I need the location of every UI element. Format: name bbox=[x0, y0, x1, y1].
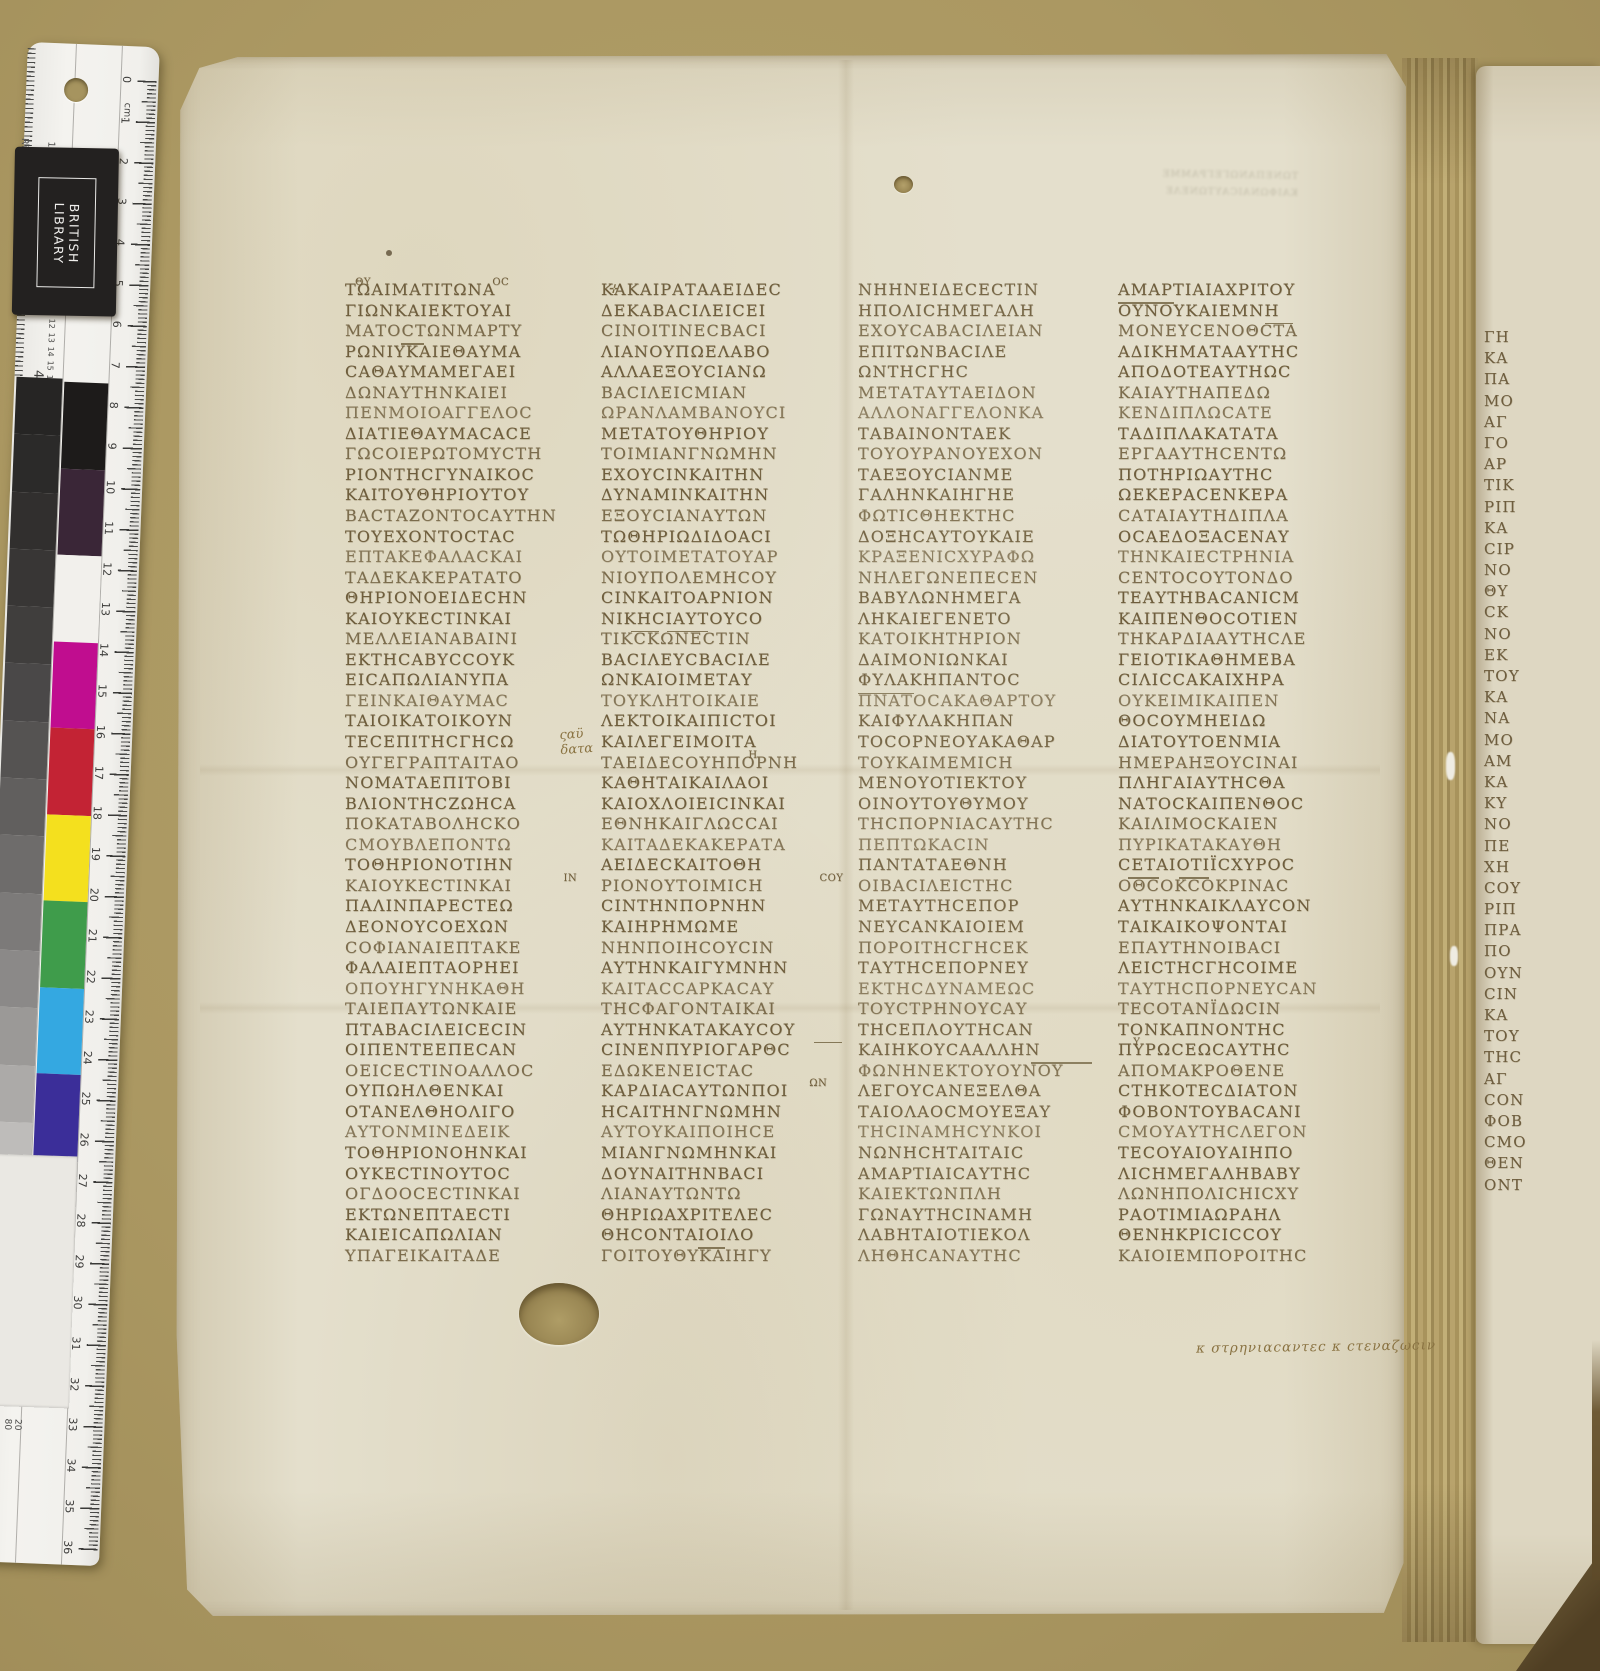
manuscript-text-line: ΛΑΒΗΤΑΙΟΤΙΕΚΟΛ bbox=[858, 1225, 1112, 1246]
ruler-left-number-small: 12 bbox=[47, 318, 56, 329]
color-patch-cyan bbox=[37, 987, 84, 1075]
ruler-cm-number: 24 bbox=[80, 1050, 94, 1067]
grayscale-step bbox=[0, 835, 44, 894]
ruler-cm-number: 16 bbox=[94, 724, 108, 741]
ruler-bottom-marks: 20 80 bbox=[2, 1418, 22, 1430]
color-patch-magenta bbox=[51, 641, 98, 729]
ruler-left-number-small: 15 bbox=[45, 360, 54, 371]
next-page-text-fragment: ΝΟ bbox=[1484, 624, 1600, 645]
next-page-text-fragment: ΘΥ bbox=[1484, 581, 1600, 602]
next-page-text-fragment: ΚΥ bbox=[1484, 793, 1600, 814]
ruler-cm-number: 35 bbox=[62, 1498, 76, 1515]
next-page-text-fragment: ΑΡ bbox=[1484, 454, 1600, 475]
manuscript-text-line: ΩΕΚΕΡΑCΕΝΚΕΡΑ bbox=[1118, 485, 1372, 506]
grayscale-step bbox=[0, 720, 48, 779]
manuscript-text-line: CΕΝΤΟCΟΥΤΟΝΔΟ bbox=[1118, 568, 1372, 589]
manuscript-text-line: ΔΕΚΑΒΑCΙΛΕΙCΕΙ bbox=[601, 301, 855, 322]
ruler-cm-number: 20 bbox=[87, 887, 101, 904]
next-page-text-fragment: ΕΚ bbox=[1484, 645, 1600, 666]
manuscript-text-line: ΜΕΝΟΥΟΤΙΕΚΤΟΥ bbox=[858, 773, 1112, 794]
manuscript-text-line: ΘΟCΟΥΜΗΕΙΔΩ bbox=[1118, 711, 1372, 732]
manuscript-text-line: ΤΟΘΗΡΙΟΝΟΗΝΚΑΙ bbox=[345, 1143, 599, 1164]
manuscript-text-line: ΑΥΤΗΝΚΑΙΚΛΑΥCΟΝ bbox=[1118, 896, 1372, 917]
manuscript-text-line: ΘΕΝΗΚΡΙCΙCCΟΥ bbox=[1118, 1225, 1372, 1246]
ruler-cm-number: 23 bbox=[82, 1009, 96, 1026]
next-page-text-fragment: ΤΙΚ bbox=[1484, 475, 1600, 496]
ruler-cm-number: 14 bbox=[97, 642, 111, 659]
next-page-text-fragment: ΟΥΝ bbox=[1484, 963, 1600, 984]
manuscript-text-line: ΤΟΥCΤΡΗΝΟΥCΑΥ bbox=[858, 999, 1112, 1020]
manuscript-text-line: ΛΙΑΝΟΥΠΩΕΛΑΒΟ bbox=[601, 342, 855, 363]
manuscript-text-line: ΓΕΙΟΤΙΚΑΘΗΜΕΒΑ bbox=[1118, 650, 1372, 671]
manuscript-text-line: ΠΥΡΩCΕΩCΑΥΤΗC bbox=[1118, 1040, 1372, 1061]
manuscript-text-line: ΝΗΛΕΓΩΝΕΠΕCΕΝ bbox=[858, 568, 1112, 589]
next-page-text-fragment: CΟΥ bbox=[1484, 878, 1600, 899]
nomen-sacrum-overline bbox=[1118, 302, 1174, 304]
corrector-superscript: ΩΝ bbox=[809, 1074, 827, 1095]
manuscript-text-line: ΠΤΑΒΑCΙΛΕΙCΕCΙΝ bbox=[345, 1020, 599, 1041]
manuscript-text-line: ΜΕΛΛΕΙΑΝΑΒΑΙΝΙ bbox=[345, 629, 599, 650]
manuscript-text-line: ΗΜΕΡΑΗΞΟΥCΙΝΑΙ bbox=[1118, 753, 1372, 774]
manuscript-text-line: ΤΑΙΟΛΑΟCΜΟΥΕΞΑΥ bbox=[858, 1102, 1112, 1123]
color-patch-black bbox=[61, 382, 108, 470]
manuscript-text-line: ΓΩΝΑΥΤΗCΙΝΑΜΗ bbox=[858, 1205, 1112, 1226]
manuscript-text-line: ΑΜΑΡΤΙΑΙΑΧΡΙΤΟΥ bbox=[1118, 280, 1372, 301]
manuscript-text-line: ΒΑCΙΛΕΥCΒΑCΙΛΕ bbox=[601, 650, 855, 671]
manuscript-text-line: ΠΟΡΟΙΤΗCΓΗCΕΚ bbox=[858, 938, 1112, 959]
corrector-superscript: Η bbox=[748, 746, 757, 767]
next-page-text-fragment: ΑΜ bbox=[1484, 751, 1600, 772]
manuscript-text-line: ΑΠΟΜΑΚΡΟΘΕΝΕ bbox=[1118, 1061, 1372, 1082]
manuscript-text-line: ΟΥΤΟΙΜΕΤΑΤΟΥΑΡ bbox=[601, 547, 855, 568]
manuscript-text-line: ΦΩΤΙCΘΗΕΚΤΗC bbox=[858, 506, 1112, 527]
text-column-1: ΤΩΑΙΜΑΤΙΤΩΝΑΓΙΩΝΚΑΙΕΚΤΟΥΑΙΜΑΤΟCΤΩΝΜΑΡΤΥΡ… bbox=[345, 280, 599, 1284]
british-library-ruler: Righe Tip. 1 cm. 01234567891011121314151… bbox=[0, 42, 160, 1566]
next-page-text-fragment: ΤΟΥ bbox=[1484, 1026, 1600, 1047]
manuscript-text-line: ΚΑΙΟΙΕΜΠΟΡΟΙΤΗC bbox=[1118, 1246, 1372, 1267]
corrector-superscript: ΙΝ bbox=[563, 869, 577, 890]
manuscript-text-line: ΔΟΥΝΑΙΤΗΝΒΑCΙ bbox=[601, 1164, 855, 1185]
manuscript-text-line: ΦΟΒΟΝΤΟΥΒΑCΑΝΙ bbox=[1118, 1102, 1372, 1123]
manuscript-text-line: ΟΤΑΝΕΛΘΗΟΛΙΓΟ bbox=[345, 1102, 599, 1123]
grayscale-step bbox=[14, 377, 62, 436]
manuscript-text-line: ΑΕΙΔΕCΚΑΙΤΟΘΗ bbox=[601, 855, 855, 876]
manuscript-text-line: ΚΕΝΔΙΠΛΩCΑΤΕ bbox=[1118, 403, 1372, 424]
nomen-sacrum-overline bbox=[1179, 877, 1209, 879]
manuscript-photo: ΓΗΚΑΠΑΜΟΑΓΓΟΑΡΤΙΚΡΙΠΚΑCΙΡΝΟΘΥCΚΝΟΕΚΤΟΥΚΑ… bbox=[0, 0, 1600, 1671]
manuscript-text-line: ΝΩΝΗCΗΤΑΙΤΑΙC bbox=[858, 1143, 1112, 1164]
grayscale-step bbox=[0, 1007, 37, 1066]
ruler-left-number-small: 13 bbox=[47, 332, 56, 343]
manuscript-text-line: ΚΑΙΤΑCCΑΡΚΑCΑΥ bbox=[601, 979, 855, 1000]
corrector-superscript: ΟC bbox=[492, 273, 509, 294]
manuscript-text-line: CΙΝΤΗΝΠΟΡΝΗΝ bbox=[601, 896, 855, 917]
manuscript-text-line: ΩΡΑΝΛΑΜΒΑΝΟΥCΙ bbox=[601, 403, 855, 424]
manuscript-text-line: ΕΠΤΑΚΕΦΑΛΑCΚΑΙ bbox=[345, 547, 599, 568]
ruler-cm-number: 29 bbox=[72, 1253, 86, 1270]
manuscript-text-line: ΓΑΛΗΝΚΑΙΗΓΗΕ bbox=[858, 485, 1112, 506]
manuscript-text-line: ΜΑΤΟCΤΩΝΜΑΡΤΥ bbox=[345, 321, 599, 342]
manuscript-text-line: CΙΝΟΙΤΙΝΕCΒΑCΙ bbox=[601, 321, 855, 342]
manuscript-text-line: ΟΥΚΕCΤΙΝΟΥΤΟC bbox=[345, 1164, 599, 1185]
manuscript-text-line: ΡΙΟΝΤΗCΓΥΝΑΙΚΟC bbox=[345, 465, 599, 486]
manuscript-text-line: ΤΑΥΤΗCΠΟΡΝΕΥCΑΝ bbox=[1118, 979, 1372, 1000]
british-library-label: BRITISH LIBRARY bbox=[50, 174, 82, 293]
manuscript-text-line: ΚΑΙΤΑΔΕΚΑΚΕΡΑΤΑ bbox=[601, 835, 855, 856]
ruler-cm-number: 12 bbox=[100, 560, 114, 577]
grayscale-step bbox=[0, 778, 46, 837]
manuscript-text-line: ΕΙCΑΠΩΛΙΑΝΥΠΑ bbox=[345, 670, 599, 691]
brand-line-library: LIBRARY bbox=[50, 174, 67, 292]
manuscript-text-line: ΓΕΙΝΚΑΙΘΑΥΜΑC bbox=[345, 691, 599, 712]
showthrough-line: ΚΑΙΦΩΝΑΙCΑΥΤΩΝΕΛΕ bbox=[1088, 181, 1298, 202]
manuscript-text-line: ΝΙΚΗCΙΑΥΤΟΥCΟ bbox=[601, 609, 855, 630]
manuscript-text-line: ΕΚΤΗCΔΥΝΑΜΕΩC bbox=[858, 979, 1112, 1000]
grayscale-step bbox=[3, 663, 51, 722]
manuscript-text-line: ΒΑCΤΑΖΟΝΤΟCΑΥΤΗΝ bbox=[345, 506, 599, 527]
nomen-sacrum-overline bbox=[667, 631, 708, 633]
ruler-cm-number: 15 bbox=[95, 683, 109, 700]
marginal-note-line: δατα bbox=[560, 741, 594, 758]
ruler-cm-number: 17 bbox=[92, 764, 106, 781]
manuscript-text-line: ΓΙΩΝΚΑΙΕΚΤΟΥΑΙ bbox=[345, 301, 599, 322]
manuscript-text-line: ΠΟΤΗΡΙΩΑΥΤΗC bbox=[1118, 465, 1372, 486]
manuscript-text-line: ΜΕΤΑΥΤΗCΕΠΟΡ bbox=[858, 896, 1112, 917]
grayscale-step bbox=[0, 1064, 35, 1123]
manuscript-text-line: ΤΟΥΚΑΙΜΕΜΙCΗ bbox=[858, 753, 1112, 774]
page-edges-gutter bbox=[1402, 58, 1478, 1642]
next-page-text-fragment: ΚΑ bbox=[1484, 772, 1600, 793]
manuscript-text-line: ΝΑΤΟCΚΑΙΠΕΝΘΟC bbox=[1118, 794, 1372, 815]
ruler-cm-number: 19 bbox=[89, 846, 103, 863]
manuscript-text-line: ΘΗCΟΝΤΑΙΟΙΛΟ bbox=[601, 1225, 855, 1246]
manuscript-text-line: ΤΑΕΙΔΕCΟΥΗΠΟΡΝΗ bbox=[601, 753, 855, 774]
marginal-cross-mark: ✛ bbox=[608, 282, 618, 296]
manuscript-text-line: ΡΑΟΤΙΜΙΑΩΡΑΗΛ bbox=[1118, 1205, 1372, 1226]
manuscript-text-line: ΤΗCΕΠΛΟΥΤΗCΑΝ bbox=[858, 1020, 1112, 1041]
manuscript-text-line: ΤΕCΟΥΑΙΟΥΑΙΗΠΟ bbox=[1118, 1143, 1372, 1164]
manuscript-text-line: ΤΑΕΞΟΥCΙΑΝΜΕ bbox=[858, 465, 1112, 486]
manuscript-text-line: ΚΑΙΟΥΚΕCΤΙΝΚΑΙ bbox=[345, 609, 599, 630]
manuscript-text-line: ΔΩΝΑΥΤΗΝΚΑΙΕΙ bbox=[345, 383, 599, 404]
manuscript-text-line: ΤΟΥΟΥΡΑΝΟΥΕΧΟΝ bbox=[858, 444, 1112, 465]
ruler-cm-number: 10 bbox=[103, 479, 117, 496]
manuscript-text-line: ΠΑΛΙΝΠΑΡΕCΤΕΩ bbox=[345, 896, 599, 917]
ruler-cm-number: 36 bbox=[61, 1539, 75, 1556]
nomen-sacrum-overline bbox=[814, 1042, 842, 1044]
next-page-text-fragment: ΓΗ bbox=[1484, 327, 1600, 348]
color-patch-dark-purple bbox=[57, 468, 104, 556]
ruler-cm-number: 25 bbox=[79, 1090, 93, 1107]
grayscale-step bbox=[0, 892, 42, 951]
next-page-text-fragment: ΚΑ bbox=[1484, 518, 1600, 539]
manuscript-text-line: ΘΗΡΙΟΝΟΕΙΔΕCΗΝ bbox=[345, 588, 599, 609]
manuscript-text-line: ΤΗΚΑΡΔΙΑΑΥΤΗCΛΕ bbox=[1118, 629, 1372, 650]
next-page-text-fragment: CΙΝ bbox=[1484, 984, 1600, 1005]
next-page-text-fragment: ΑΓ bbox=[1484, 1069, 1600, 1090]
manuscript-text-line: CΙΝΚΑΙΤΟΑΡΝΙΟΝ bbox=[601, 588, 855, 609]
next-page-text-fragment: ΜΟ bbox=[1484, 730, 1600, 751]
manuscript-text-line: ΤΗCΠΟΡΝΙΑCΑΥΤΗC bbox=[858, 814, 1112, 835]
next-page-text-fragment: ΝΟ bbox=[1484, 560, 1600, 581]
ruler-cm-number: 22 bbox=[84, 968, 98, 985]
manuscript-text-line: ΠΕΝΜΟΙΟΑΓΓΕΛΟC bbox=[345, 403, 599, 424]
next-page-text-fragment: ΟΝΤ bbox=[1484, 1175, 1600, 1196]
marginal-note-correction: ςαϋδατα bbox=[559, 726, 594, 758]
next-page-text-fragment: ΚΑ bbox=[1484, 687, 1600, 708]
manuscript-text-line: ΡΩΝΙΥΚΑΙΕΘΑΥΜΑ bbox=[345, 342, 599, 363]
manuscript-text-line: ΤΗΝΚΑΙΕCΤΡΗΝΙΑ bbox=[1118, 547, 1372, 568]
manuscript-text-line: ΤΩΘΗΡΙΩΔΙΔΟΑCΙ bbox=[601, 527, 855, 548]
manuscript-text-line: ΩΝΤΗCΓΗC bbox=[858, 362, 1112, 383]
next-page-text-fragment: ΦΟΒ bbox=[1484, 1111, 1600, 1132]
british-library-tab: BRITISH LIBRARY bbox=[12, 147, 119, 317]
binding-edge bbox=[1592, 1340, 1600, 1580]
manuscript-text-line: ΛΙΑΝΑΥΤΩΝΤΩ bbox=[601, 1184, 855, 1205]
manuscript-text-line: ΕΘΝΗΚΑΙΓΛΩCCΑΙ bbox=[601, 814, 855, 835]
manuscript-text-line: ΗCΑΙΤΗΝΓΝΩΜΗΝ bbox=[601, 1102, 855, 1123]
ruler-cm-number: 7 bbox=[108, 357, 122, 374]
manuscript-text-line: ΗΠΟΛΙCΗΜΕΓΑΛΗ bbox=[858, 301, 1112, 322]
manuscript-text-line: ΟΙΠΕΝΤΕΕΠΕCΑΝ bbox=[345, 1040, 599, 1061]
manuscript-text-line: ΛΗΘΗCΑΝΑΥΤΗC bbox=[858, 1246, 1112, 1267]
parchment-small-hole bbox=[894, 176, 913, 193]
manuscript-text-line: ΤΑΙΚΑΙΚΟΨΟΝΤΑΙ bbox=[1118, 917, 1372, 938]
manuscript-text-line: ΛΕΙCΤΗCΓΗCΟΙΜΕ bbox=[1118, 958, 1372, 979]
manuscript-text-line: ΚΑΙΠΕΝΘΟCΟΤΙΕΝ bbox=[1118, 609, 1372, 630]
manuscript-text-line: ΚΑΘΗΤΑΙΚΑΙΛΑΟΙ bbox=[601, 773, 855, 794]
next-page-text-fragment: ΠΡΑ bbox=[1484, 920, 1600, 941]
manuscript-text-line: ΚΑΙΑΥΤΗΑΠΕΔΩ bbox=[1118, 383, 1372, 404]
manuscript-text-line: ΒΑCΙΛΕΙCΜΙΑΝ bbox=[601, 383, 855, 404]
manuscript-text-line: ΕΧΟΥCΙΝΚΑΙΤΗΝ bbox=[601, 465, 855, 486]
manuscript-text-line: ΤΑΒΑΙΝΟΝΤΑΕΚ bbox=[858, 424, 1112, 445]
next-page-text-fragment: ΝΟ bbox=[1484, 814, 1600, 835]
manuscript-text-line: ΚΑΙΛΙΜΟCΚΑΙΕΝ bbox=[1118, 814, 1372, 835]
text-column-3: ΝΗΗΝΕΙΔΕCΕCΤΙΝΗΠΟΛΙCΗΜΕΓΑΛΗΕΧΟΥCΑΒΑCΙΛΕΙ… bbox=[858, 280, 1112, 1284]
ruler-cm-number: 26 bbox=[77, 1131, 91, 1148]
color-patch-red bbox=[47, 727, 94, 815]
next-page-text-fragment: ΝΑ bbox=[1484, 708, 1600, 729]
manuscript-text-line: ΟΕΙCΕCΤΙΝΟΑΛΛΟC bbox=[345, 1061, 599, 1082]
manuscript-text-line: ΔΑΙΜΟΝΙΩΝΚΑΙ bbox=[858, 650, 1112, 671]
ruler-mark-80: 80 bbox=[2, 1418, 12, 1430]
ruler-cm-number: 18 bbox=[90, 805, 104, 822]
manuscript-text-line: ΝΗΝΠΟΙΗCΟΥCΙΝ bbox=[601, 938, 855, 959]
next-page-text-fragment: ΚΑ bbox=[1484, 348, 1600, 369]
next-page-text-fragment: CΙΡ bbox=[1484, 539, 1600, 560]
manuscript-text-line: ΚΑΙΕΙCΑΠΩΛΙΑΝ bbox=[345, 1225, 599, 1246]
next-page-text-fragment: ΡΙΠ bbox=[1484, 899, 1600, 920]
manuscript-text-line: ΜΕΤΑΤΟΥΘΗΡΙΟΥ bbox=[601, 424, 855, 445]
manuscript-text-line: CΟΦΙΑΝΑΙΕΠΤΑΚΕ bbox=[345, 938, 599, 959]
ink-speck bbox=[386, 250, 392, 256]
manuscript-text-line: ΠΕΠΤΩΚΑCΙΝ bbox=[858, 835, 1112, 856]
nomen-sacrum-overline bbox=[858, 693, 914, 695]
manuscript-text-line: ΚΑΙΦΥΛΑΚΗΠΑΝ bbox=[858, 711, 1112, 732]
nomen-sacrum-overline bbox=[631, 631, 659, 633]
next-page-text-fragment: ΘΕΝ bbox=[1484, 1153, 1600, 1174]
manuscript-text-line: ΚΑΙΟΧΛΟΙΕΙCΙΝΚΑΙ bbox=[601, 794, 855, 815]
nomen-sacrum-overline bbox=[698, 1247, 726, 1249]
manuscript-text-line: ΑΥΤΗΝΚΑΤΑΚΑΥCΟΥ bbox=[601, 1020, 855, 1041]
manuscript-text-line: ΝΙΟΥΠΟΛΕΜΗCΟΥ bbox=[601, 568, 855, 589]
brand-line-british: BRITISH bbox=[65, 175, 82, 293]
manuscript-text-line: ΔΙΑΤΙΕΘΑΥΜΑCΑCΕ bbox=[345, 424, 599, 445]
manuscript-text-line: ΠΟΚΑΤΑΒΟΛΗCΚΟ bbox=[345, 814, 599, 835]
color-patch-green bbox=[40, 900, 87, 988]
next-page-text-fragment: ΠΟ bbox=[1484, 941, 1600, 962]
manuscript-text-line: ΘΗΡΙΩΑΧΡΙΤΕΛΕC bbox=[601, 1205, 855, 1226]
manuscript-text-line: ΤΟCΟΡΝΕΟΥΑΚΑΘΑΡ bbox=[858, 732, 1112, 753]
manuscript-text-line: ΚΑΙΗΚΟΥCΑΑΛΛΗΝ bbox=[858, 1040, 1112, 1061]
manuscript-text-line: CΑΤΑΙΑΥΤΗΔΙΠΛΑ bbox=[1118, 506, 1372, 527]
manuscript-text-line: ΛΗΚΑΙΕΓΕΝΕΤΟ bbox=[858, 609, 1112, 630]
ruler-cm-number: 0 bbox=[120, 71, 134, 88]
next-page-text-fragment: ΧΗ bbox=[1484, 857, 1600, 878]
manuscript-text-line: ΓΩCΟΙΕΡΩΤΟΜΥCΤΗ bbox=[345, 444, 599, 465]
manuscript-text-line: ΤΗCΦΑΓΟΝΤΑΙΚΑΙ bbox=[601, 999, 855, 1020]
manuscript-text-line: ΒΛΙΟΝΤΗCΖΩΗCΑ bbox=[345, 794, 599, 815]
manuscript-text-line: ΓΟΙΤΟΥΘΥΚΑΙΗΓΥ bbox=[601, 1246, 855, 1267]
text-column-2: ΚΑΚΑΙΡΑΤΑΑΕΙΔΕCΔΕΚΑΒΑCΙΛΕΙCΕΙCΙΝΟΙΤΙΝΕCΒ… bbox=[601, 280, 855, 1284]
next-page-text-fragment: CΜΟ bbox=[1484, 1132, 1600, 1153]
ruler-left-numbers: 1234121314151634 bbox=[28, 42, 160, 47]
manuscript-text-line: ΕΚΤΩΝΕΠΤΑΕCΤΙ bbox=[345, 1205, 599, 1226]
manuscript-text-line: ΜΙΑΝΓΝΩΜΗΝΚΑΙ bbox=[601, 1143, 855, 1164]
white-tape-patch bbox=[0, 1153, 77, 1408]
manuscript-text-line: ΔΙΑΤΟΥΤΟΕΝΜΙΑ bbox=[1118, 732, 1372, 753]
next-page-text-fragment: ΡΙΠ bbox=[1484, 497, 1600, 518]
manuscript-text-line: ΤΑΔΕΚΑΚΕΡΑΤΑΤΟ bbox=[345, 568, 599, 589]
manuscript-text-line: ΦΥΛΑΚΗΠΑΝΤΟC bbox=[858, 670, 1112, 691]
manuscript-text-line: ΚΑΙΗΡΗΜΩΜΕ bbox=[601, 917, 855, 938]
grayscale-step bbox=[0, 949, 40, 1008]
manuscript-text-line: CΜΟΥΑΥΤΗCΛΕΓΟΝ bbox=[1118, 1122, 1372, 1143]
ruler-cm-number: 6 bbox=[110, 316, 124, 333]
manuscript-text-line: ΑΛΛΟΝΑΓΓΕΛΟΝΚΑ bbox=[858, 403, 1112, 424]
manuscript-text-line: ΛΕΓΟΥCΑΝΕΞΕΛΘΑ bbox=[858, 1081, 1112, 1102]
manuscript-text-line: ΕΠΑΥΤΗΝΟΙΒΑCΙ bbox=[1118, 938, 1372, 959]
nomen-sacrum-overline bbox=[1031, 1062, 1092, 1064]
ruler-cm-number: 21 bbox=[85, 927, 99, 944]
manuscript-text-line: ΑΛΛΑΕΞΟΥCΙΑΝΩ bbox=[601, 362, 855, 383]
british-library-label-frame: BRITISH LIBRARY bbox=[36, 177, 96, 288]
text-column-4: ΑΜΑΡΤΙΑΙΑΧΡΙΤΟΥΟΥΝΟΥΚΑΙΕΜΝΗΜΟΝΕΥCΕΝΟΘCΤΑ… bbox=[1118, 280, 1372, 1284]
manuscript-text-line: ΕΞΟΥCΙΑΝΑΥΤΩΝ bbox=[601, 506, 855, 527]
next-page-text-fragment: ΠΕ bbox=[1484, 836, 1600, 857]
next-page-text-fragment: CΟΝ bbox=[1484, 1090, 1600, 1111]
manuscript-text-line: ΛΩΝΗΠΟΛΙCΗΙCΧΥ bbox=[1118, 1184, 1372, 1205]
next-page-text-fragment: ΤΟΥ bbox=[1484, 666, 1600, 687]
next-page-text-fragment: ΜΟ bbox=[1484, 391, 1600, 412]
next-page-text-column: ΓΗΚΑΠΑΜΟΑΓΓΟΑΡΤΙΚΡΙΠΚΑCΙΡΝΟΘΥCΚΝΟΕΚΤΟΥΚΑ… bbox=[1484, 327, 1600, 1196]
manuscript-text-line: ΠΥΡΙΚΑΤΑΚΑΥΘΗ bbox=[1118, 835, 1372, 856]
manuscript-text-line: ΑΥΤΗΝΚΑΙΓΥΜΝΗΝ bbox=[601, 958, 855, 979]
manuscript-text-line: ΕΠΙΤΩΝΒΑCΙΛΕ bbox=[858, 342, 1112, 363]
ruler-cm-number: 33 bbox=[66, 1417, 80, 1434]
manuscript-text-line: ΠΛΗΓΑΙΑΥΤΗCΘΑ bbox=[1118, 773, 1372, 794]
ruler-cm-number: 34 bbox=[64, 1457, 78, 1474]
manuscript-text-line: ΤΩΑΙΜΑΤΙΤΩΝΑ bbox=[345, 280, 599, 301]
manuscript-text-line: ΤΕΑΥΤΗΒΑCΑΝΙCΜ bbox=[1118, 588, 1372, 609]
parchment-hole bbox=[519, 1283, 599, 1345]
corrector-superscript: CΟΥ bbox=[819, 869, 843, 890]
manuscript-text-line: ΤΟΥΚΛΗΤΟΙΚΑΙΕ bbox=[601, 691, 855, 712]
manuscript-text-line: ΡΙΟΝΟΥΤΟΙΜΙCΗ bbox=[601, 876, 855, 897]
manuscript-text-line: CΕΤΑΙΟΤΙΪCΧΥΡΟC bbox=[1118, 855, 1372, 876]
corrector-superscript: ΘΥ bbox=[355, 273, 371, 294]
ruler-cm-number: 27 bbox=[76, 1172, 90, 1189]
next-page-text-fragment: ΠΑ bbox=[1484, 369, 1600, 390]
manuscript-text-line: ΚΑΙΟΥΚΕCΤΙΝΚΑΙ bbox=[345, 876, 599, 897]
manuscript-text-line: ΤΕCΟΤΑΝΪΔΩCΙΝ bbox=[1118, 999, 1372, 1020]
color-patch-yellow bbox=[44, 814, 91, 902]
manuscript-text-line: ΒΑΒΥΛΩΝΗΜΕΓΑ bbox=[858, 588, 1112, 609]
manuscript-text-line: ΑΥΤΟΥΚΑΙΠΟΙΗCΕ bbox=[601, 1122, 855, 1143]
manuscript-text-line: ΔΟΞΗCΑΥΤΟΥΚΑΙΕ bbox=[858, 527, 1112, 548]
manuscript-text-line: CΙΛΙCCΑΚΑΙΧΗΡΑ bbox=[1118, 670, 1372, 691]
gutter-speck bbox=[1450, 946, 1458, 966]
manuscript-text-line: ΕΧΟΥCΑΒΑCΙΛΕΙΑΝ bbox=[858, 321, 1112, 342]
ruler-cm-numbers: 0123456789101112131415161718192021222324… bbox=[28, 42, 160, 47]
manuscript-text-line: ΚΑΚΑΙΡΑΤΑΑΕΙΔΕC bbox=[601, 280, 855, 301]
ruler-hanging-hole bbox=[64, 77, 89, 102]
manuscript-text-line: ΛΕΚΤΟΙΚΑΙΠΙCΤΟΙ bbox=[601, 711, 855, 732]
ruler-mark-20: 20 bbox=[12, 1419, 22, 1431]
manuscript-text-line: ΠΑΝΤΑΤΑΕΘΝΗ bbox=[858, 855, 1112, 876]
color-patch-indigo bbox=[33, 1073, 80, 1161]
grayscale-step bbox=[10, 491, 58, 550]
manuscript-text-line: ΟΙΝΟΥΤΟΥΘΥΜΟΥ bbox=[858, 794, 1112, 815]
manuscript-text-line: ΤΟΙΜΙΑΝΓΝΩΜΗΝ bbox=[601, 444, 855, 465]
manuscript-text-line: ΟΠΟΥΗΓΥΝΗΚΑΘΗ bbox=[345, 979, 599, 1000]
manuscript-text-line: CΜΟΥΒΛΕΠΟΝΤΩ bbox=[345, 835, 599, 856]
ruler-cm-number: 11 bbox=[102, 520, 116, 537]
manuscript-text-line: ΚΑΤΟΙΚΗΤΗΡΙΟΝ bbox=[858, 629, 1112, 650]
next-page-text-fragment: ΑΓ bbox=[1484, 412, 1600, 433]
manuscript-text-line: ΕΚΤΗCΑΒΥCCΟΥΚ bbox=[345, 650, 599, 671]
ruler-left-number-small: 14 bbox=[46, 346, 55, 357]
grayscale-step bbox=[12, 434, 60, 493]
manuscript-text-line: ΚΑΙΤΟΥΘΗΡΙΟΥΤΟΥ bbox=[345, 485, 599, 506]
manuscript-text-line: ΜΕΤΑΤΑΥΤΑΕΙΔΟΝ bbox=[858, 383, 1112, 404]
ruler-cm-number: 9 bbox=[105, 438, 119, 455]
next-page-text-fragment: CΚ bbox=[1484, 602, 1600, 623]
manuscript-text-line: ΔΥΝΑΜΙΝΚΑΙΤΗΝ bbox=[601, 485, 855, 506]
manuscript-text-line: ΤΟΝΚΑΠΝΟΝΤΗC bbox=[1118, 1020, 1372, 1041]
next-page-text-fragment: ΓΟ bbox=[1484, 433, 1600, 454]
manuscript-text-line: ΕΡΓΑΑΥΤΗCΕΝΤΩ bbox=[1118, 444, 1372, 465]
manuscript-text-line: ΦΑΛΑΙΕΠΤΑΟΡΗΕΙ bbox=[345, 958, 599, 979]
manuscript-text-line: ΑΥΤΟΝΜΙΝΕΔΕΙΚ bbox=[345, 1122, 599, 1143]
manuscript-text-line: ΚΑΙΕΚΤΩΝΠΛΗ bbox=[858, 1184, 1112, 1205]
manuscript-text-line: ΝΟΜΑΤΑΕΠΙΤΟΒΙ bbox=[345, 773, 599, 794]
gutter-speck bbox=[1446, 752, 1455, 780]
marginal-note-bottom: κ στρηνιαcαντεc κ cτεναζωcιν bbox=[1196, 1337, 1436, 1356]
next-page-text-fragment: ΤΗC bbox=[1484, 1047, 1600, 1068]
manuscript-text-line: ΤΑΥΤΗCΕΠΟΡΝΕΥ bbox=[858, 958, 1112, 979]
ruler-cm-number: 28 bbox=[74, 1213, 88, 1230]
manuscript-text-line: ΟΙΒΑCΙΛΕΙCΤΗC bbox=[858, 876, 1112, 897]
manuscript-text-line: CΑΘΑΥΜΑΜΕΓΑΕΙ bbox=[345, 362, 599, 383]
corrector-superscript: Υ bbox=[1133, 1033, 1140, 1054]
manuscript-text-line: ΜΟΝΕΥCΕΝΟΘCΤΑ bbox=[1118, 321, 1372, 342]
nomen-sacrum-overline bbox=[401, 343, 424, 345]
manuscript-text-line: ΟΓΔΟΟCΕCΤΙΝΚΑΙ bbox=[345, 1184, 599, 1205]
nomen-sacrum-overline bbox=[1128, 877, 1158, 879]
manuscript-text-line: ΑΜΑΡΤΙΑΙCΑΥΤΗC bbox=[858, 1164, 1112, 1185]
